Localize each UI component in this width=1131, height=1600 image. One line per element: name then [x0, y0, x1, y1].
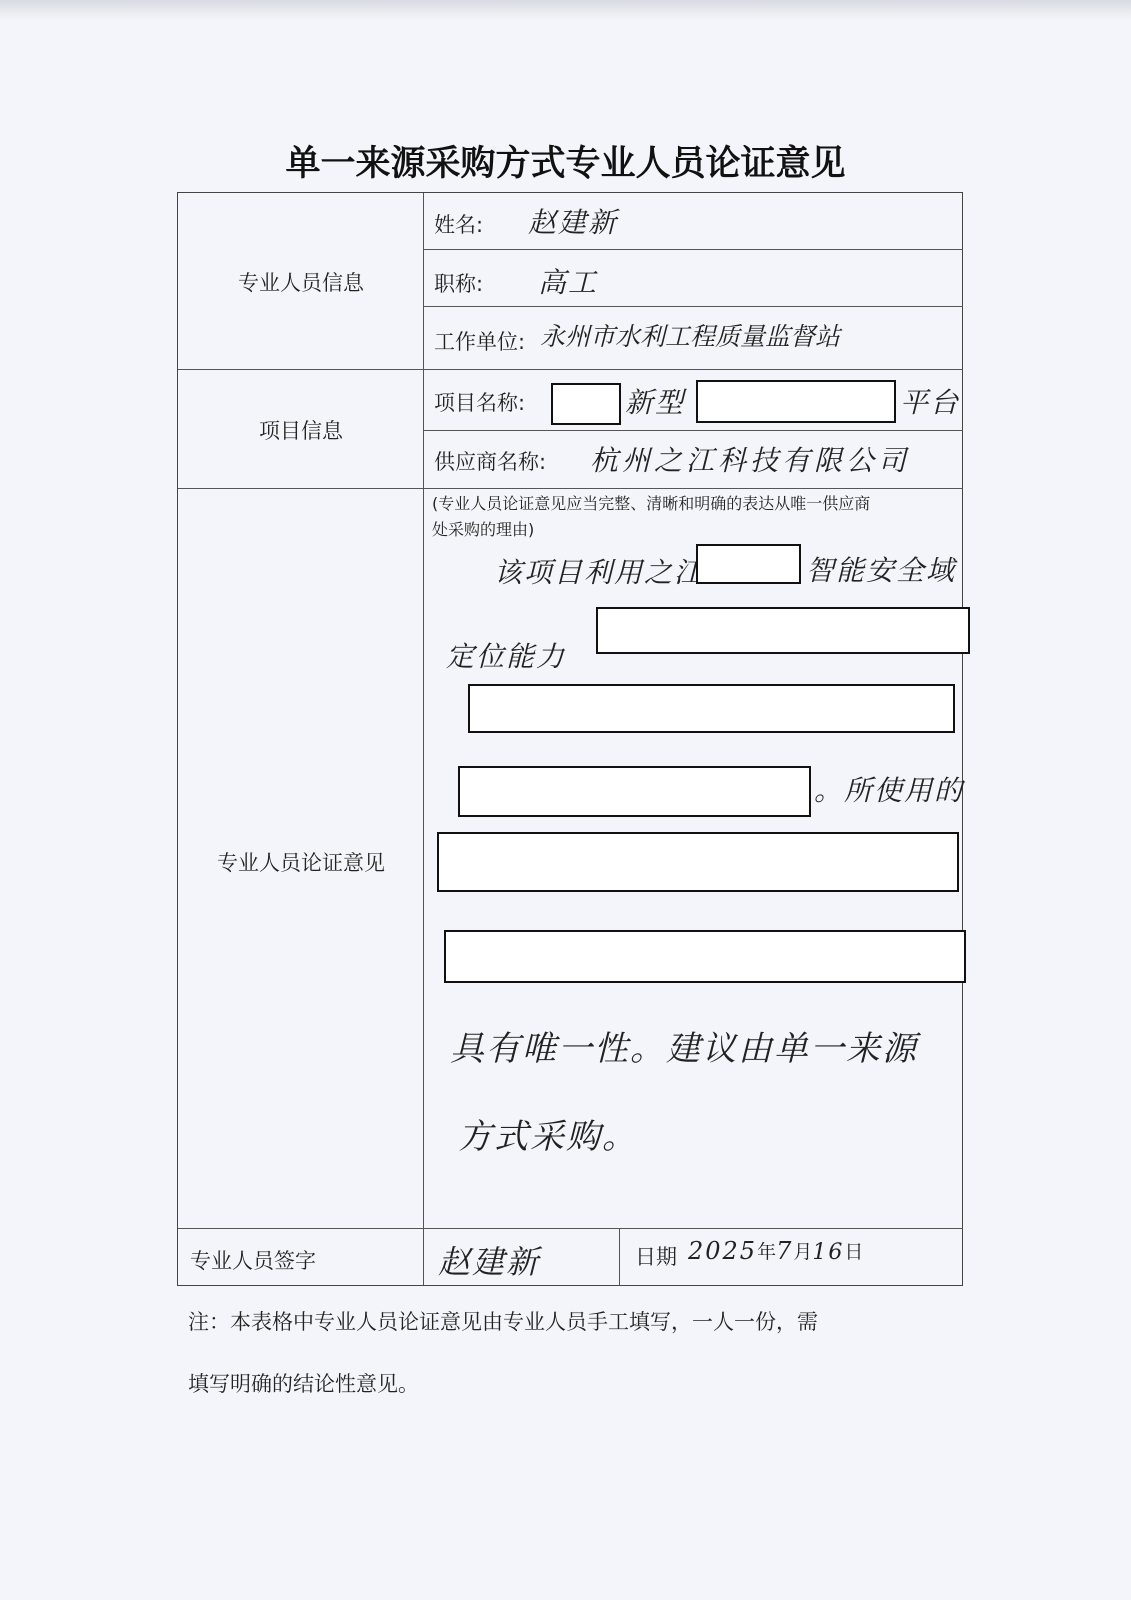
date-year-unit: 年 — [757, 1241, 776, 1263]
project-name-part[interactable]: 平台 — [900, 381, 960, 421]
opinion-label: 专业人员论证意见 — [178, 847, 424, 877]
opinion-line-8[interactable]: 方式采购。 — [458, 1109, 638, 1158]
scan-edge-shadow — [0, 0, 1131, 20]
personnel-info-label: 专业人员信息 — [178, 267, 424, 297]
date-month: 7 — [776, 1237, 793, 1265]
row-divider — [423, 249, 963, 250]
note-line-2: 填写明确的结论性意见。 — [188, 1368, 419, 1398]
document-title: 单一来源采购方式专业人员论证意见 — [0, 136, 1131, 186]
form-table: 专业人员信息 姓名: 赵建新 职称: 高工 工作单位: 永州市水利工程质量监督站… — [177, 192, 963, 1286]
redaction-box — [468, 684, 955, 733]
date-day: 16 — [812, 1240, 844, 1265]
signature-label: 专业人员签字 — [190, 1245, 316, 1275]
signature-value[interactable]: 赵建新 — [438, 1237, 540, 1283]
redaction-box — [551, 383, 621, 425]
date-year: 2025 — [688, 1237, 757, 1265]
title-value[interactable]: 高工 — [538, 261, 598, 301]
date-divider — [619, 1228, 620, 1285]
column-divider — [423, 193, 424, 1285]
name-label: 姓名: — [434, 209, 483, 239]
date-month-unit: 月 — [793, 1241, 812, 1263]
redaction-box — [458, 766, 811, 817]
supplier-label: 供应商名称: — [434, 446, 546, 476]
employer-value[interactable]: 永州市水利工程质量监督站 — [540, 317, 840, 353]
section-divider — [178, 1228, 963, 1229]
opinion-hint-line1: (专业人员论证意见应当完整、清晰和明确的表达从唯一供应商 — [432, 491, 870, 517]
employer-label: 工作单位: — [434, 326, 525, 356]
project-info-label: 项目信息 — [178, 415, 424, 445]
opinion-line-1-start[interactable]: 该项目利用之江 — [494, 551, 704, 591]
redaction-box — [696, 380, 896, 423]
opinion-line-2-start[interactable]: 定位能力 — [446, 635, 566, 675]
opinion-line-4-end[interactable]: 。所使用的 — [814, 769, 964, 809]
section-divider — [178, 488, 963, 489]
opinion-line-7[interactable]: 具有唯一性。建议由单一来源 — [450, 1021, 918, 1070]
redaction-box — [696, 544, 801, 584]
note-line-1: 注：本表格中专业人员论证意见由专业人员手工填写，一人一份，需 — [188, 1306, 818, 1336]
redaction-box — [444, 930, 966, 983]
date-day-unit: 日 — [844, 1241, 863, 1263]
row-divider — [423, 430, 963, 431]
supplier-value[interactable]: 杭州之江科技有限公司 — [590, 439, 910, 479]
title-label: 职称: — [434, 268, 483, 298]
redaction-box — [596, 607, 970, 654]
date-label: 日期 — [635, 1241, 677, 1271]
date-value[interactable]: 2025年7月16日 — [688, 1237, 863, 1265]
name-value[interactable]: 赵建新 — [528, 201, 618, 241]
opinion-line-1-end[interactable]: 智能安全域 — [806, 549, 956, 589]
project-name-label: 项目名称: — [434, 387, 525, 417]
project-name-part[interactable]: 新型 — [625, 381, 685, 421]
opinion-hint-line2: 处采购的理由) — [432, 517, 534, 543]
redaction-box — [437, 832, 959, 892]
row-divider — [423, 306, 963, 307]
section-divider — [178, 369, 963, 370]
